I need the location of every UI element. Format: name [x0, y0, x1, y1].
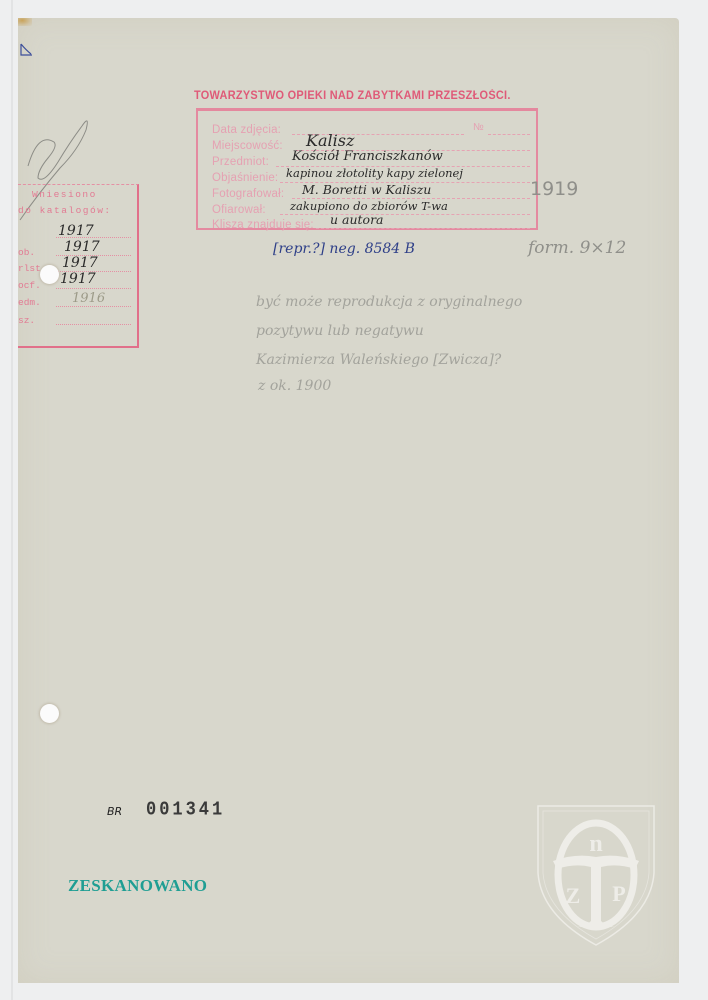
catalog-line: [56, 306, 131, 307]
catalog-year: 1917: [62, 255, 98, 271]
pencil-year-note: 1919: [530, 178, 578, 200]
archival-document-page: TOWARZYSTWO OPIEKI NAD ZABYTKAMI PRZESZŁ…: [18, 18, 679, 983]
svg-text:Z: Z: [566, 883, 581, 908]
note-line: być może reprodukcja z oryginalnego: [256, 288, 522, 317]
field-line: [488, 134, 530, 135]
field-donor: Ofiarował:: [212, 200, 266, 216]
pencil-attribution-note: być może reprodukcja z oryginalnego pozy…: [256, 288, 522, 397]
catalog-line: [56, 288, 131, 289]
field-label: Data zdjęcia:: [212, 124, 281, 136]
catalog-year: 1917: [60, 271, 96, 287]
catalog-row-label: ocf.: [18, 280, 41, 291]
scan-frame-edge: [11, 0, 13, 1000]
field-value-location: Kalisz: [306, 131, 354, 150]
note-line: z ok. 1900: [256, 375, 522, 397]
svg-text:n: n: [589, 831, 602, 857]
catalog-year: 1917: [64, 239, 100, 255]
scanned-stamp: ZESKANOWANO: [68, 876, 207, 896]
number-label: №: [473, 122, 484, 133]
inventory-number: 001341: [146, 800, 225, 822]
field-negative-location: Klisza znajduje się:: [212, 215, 314, 231]
format-note: form. 9×12: [528, 238, 626, 258]
stamp-organization-title: TOWARZYSTWO OPIEKI NAD ZABYTKAMI PRZESZŁ…: [194, 90, 536, 102]
field-line: [280, 214, 530, 215]
triangle-mark-icon: [18, 42, 34, 63]
catalog-stamp-subtitle: do katalogów:: [18, 205, 112, 216]
negative-number-note: [repr.?] neg. 8584 B: [273, 241, 415, 257]
svg-text:P: P: [612, 881, 625, 906]
field-value-description: kapinou złotolity kapy zielonej: [286, 166, 463, 180]
field-photo-date: Data zdjęcia:: [212, 120, 281, 136]
note-line: pozytywu lub negatywu: [256, 317, 522, 346]
catalog-stamp-title: Wniesiono: [32, 189, 97, 200]
catalog-entry-stamp: Wniesiono do katalogów: 1917 ob. 1917 rl…: [18, 184, 139, 348]
corner-stain: [18, 18, 32, 26]
field-value-subject: Kościół Franciszkanów: [292, 149, 443, 164]
catalog-row-label: ob.: [18, 247, 35, 258]
field-line: [316, 228, 530, 229]
field-value-negative-location: u autora: [330, 212, 384, 227]
catalog-year: 1916: [72, 291, 105, 306]
photo-record-stamp: Data zdjęcia: № Miejscowość: Kalisz Prze…: [196, 108, 538, 230]
catalog-line: [56, 237, 131, 238]
catalog-line: [56, 324, 131, 325]
field-description: Objaśnienie:: [212, 168, 278, 184]
field-location: Miejscowość:: [212, 136, 283, 152]
field-label: Objaśnienie:: [212, 172, 278, 184]
catalog-row-label: sz.: [18, 315, 35, 326]
catalog-row-label: edm.: [18, 297, 41, 308]
hole-punch: [40, 265, 59, 284]
field-photographer: Fotografował:: [212, 184, 284, 200]
note-line: Kazimierza Waleńskiego [Zwicza]?: [256, 346, 522, 375]
field-label: Miejscowość:: [212, 140, 283, 152]
field-value-photographer: M. Boretti w Kaliszu: [302, 182, 431, 197]
field-label: Klisza znajduje się:: [212, 219, 314, 231]
society-logo-watermark-icon: n Z P: [535, 803, 657, 948]
field-value-donor: zakupiono do zbiorów T-wa: [290, 199, 448, 213]
field-subject: Przedmiot:: [212, 152, 269, 168]
hole-punch: [40, 704, 59, 723]
inventory-prefix: BR: [107, 805, 122, 818]
field-label: Przedmiot:: [212, 156, 269, 168]
field-label: Fotografował:: [212, 188, 284, 200]
